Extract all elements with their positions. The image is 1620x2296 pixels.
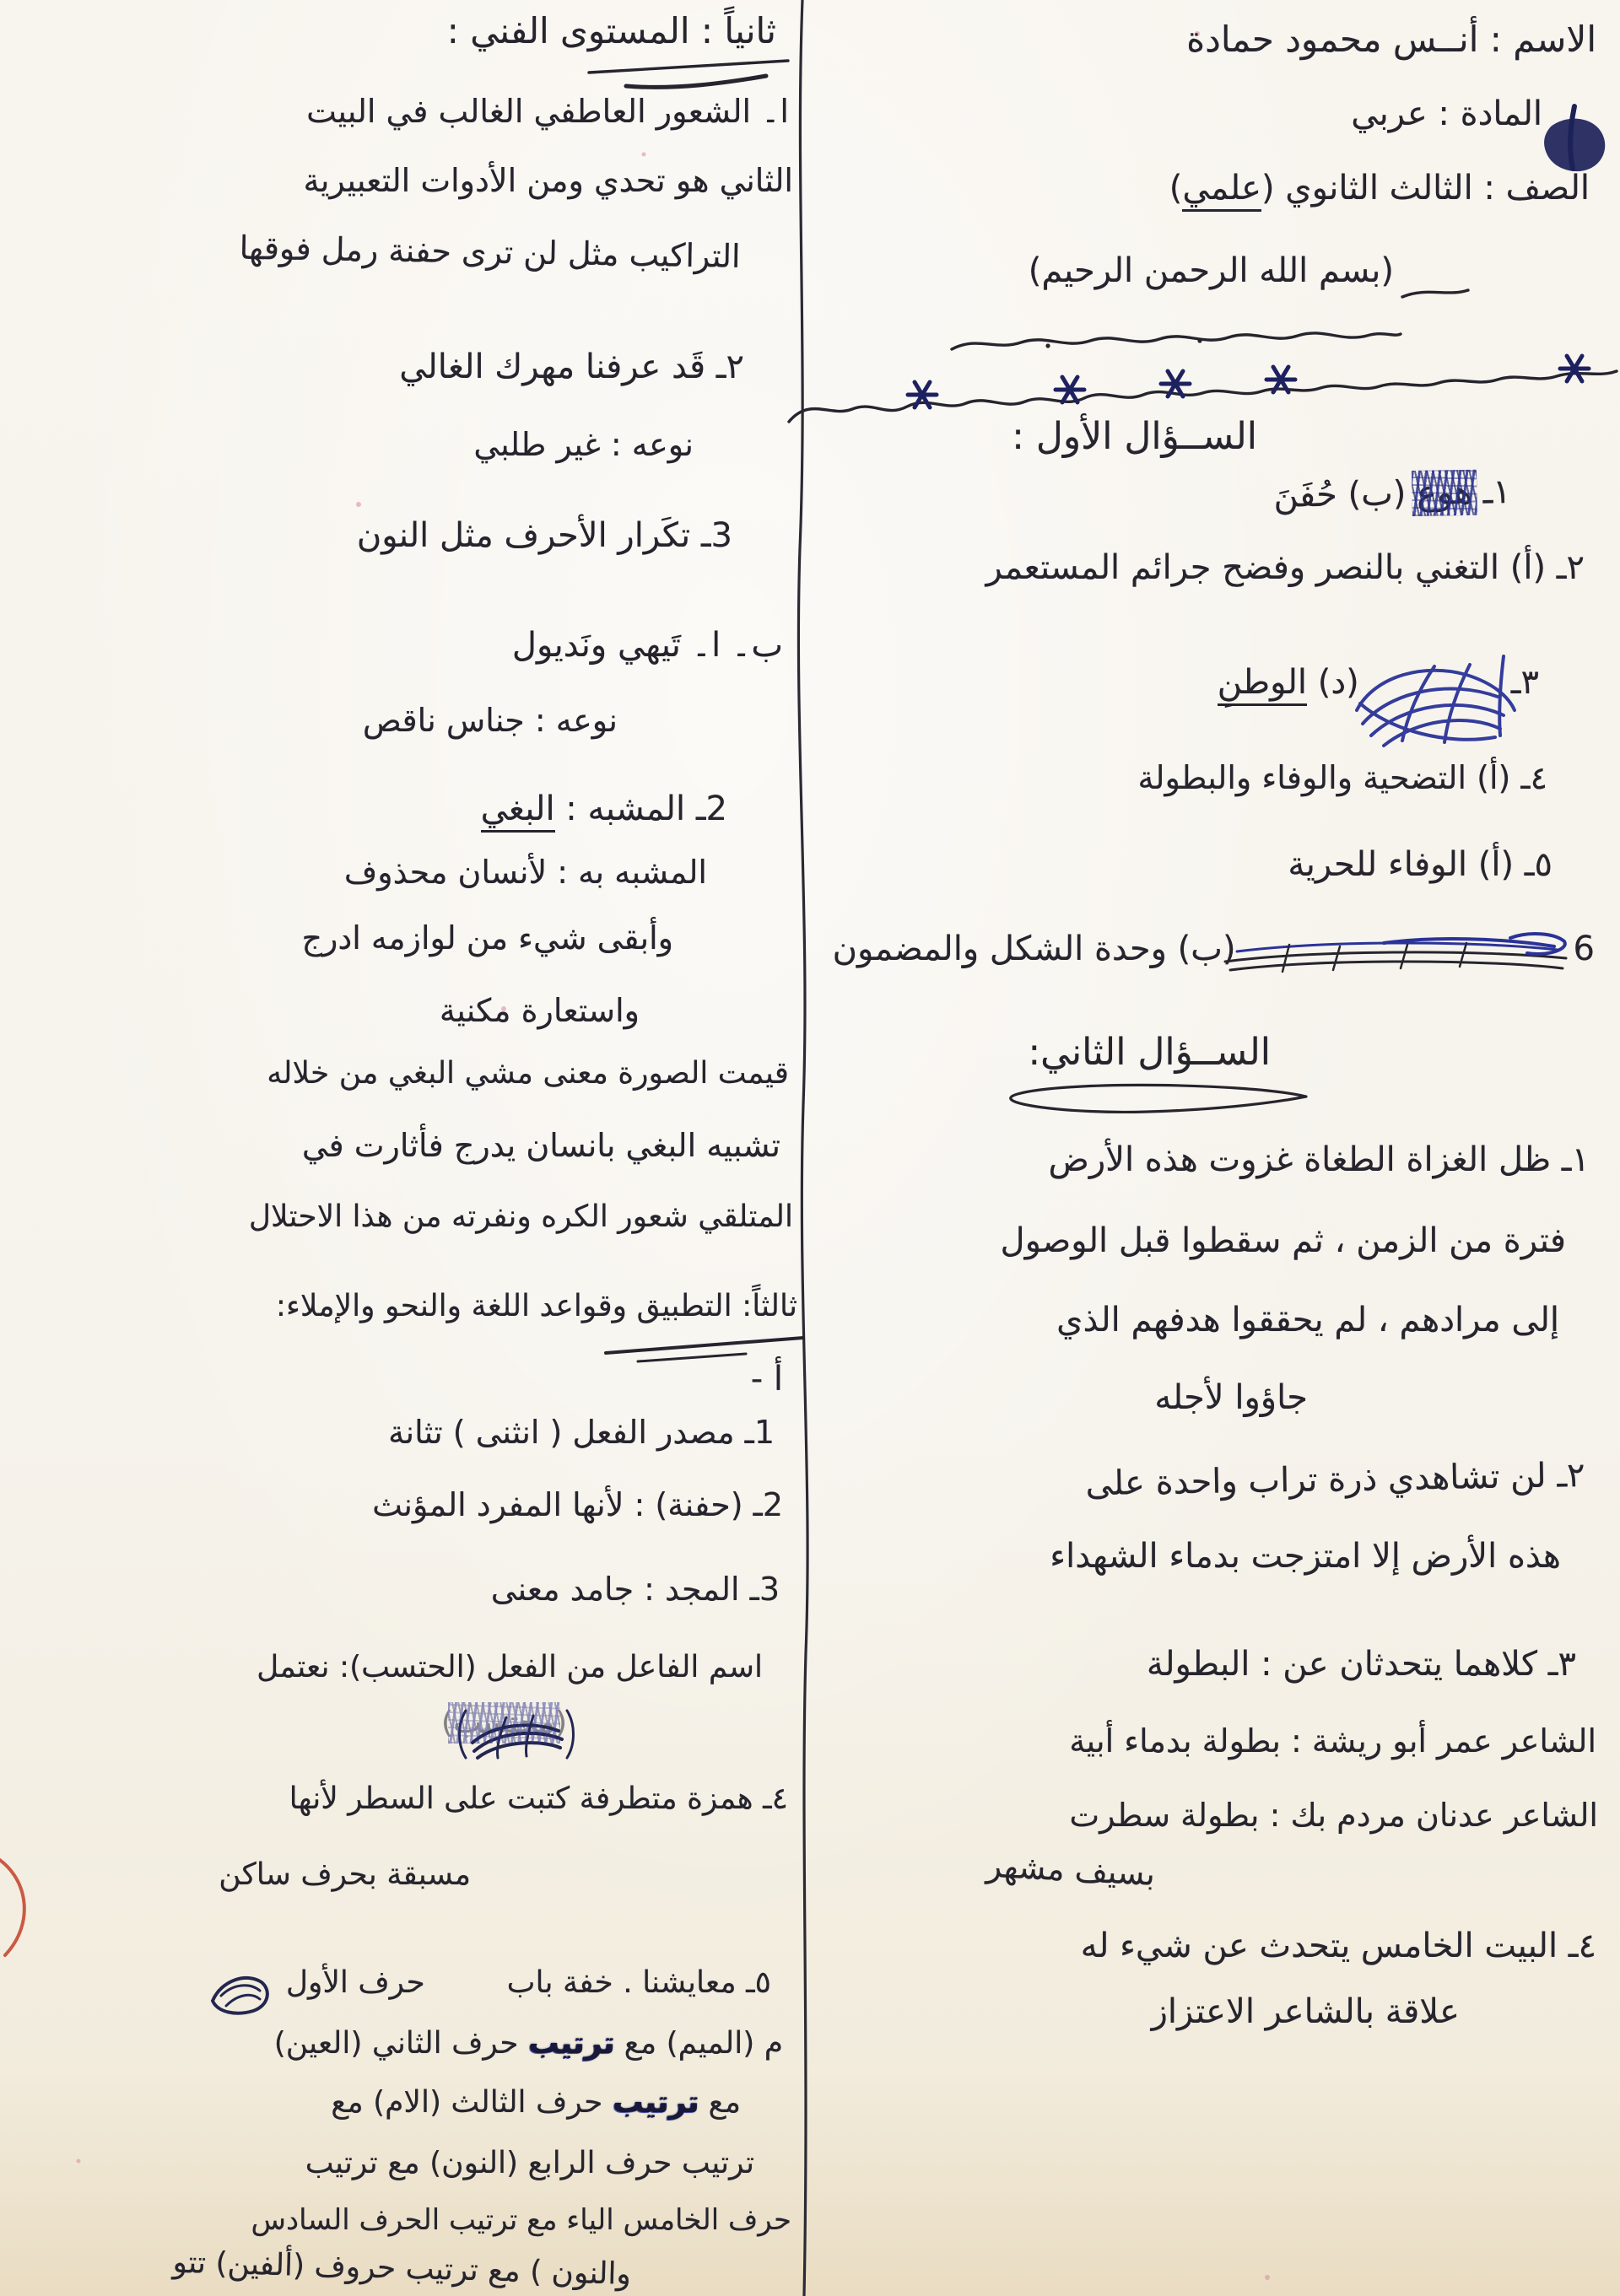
crossed-word: محتسب xyxy=(453,1706,555,1740)
q1-item3-underlined-word: الوطنِ xyxy=(1218,663,1307,706)
second-a-item2-type: نوعه : غير طلبي xyxy=(473,426,694,463)
second-b-item1: ب۔ ا۔ تَيهي ونَديول xyxy=(512,626,783,665)
grade-prefix: الصف : الثالث الثانوي ( xyxy=(1261,169,1590,208)
second-title-word: ثانياً xyxy=(724,10,776,51)
question1-title: الســؤال الأول : xyxy=(1012,415,1257,458)
third-item5-line2a: م (الميم) مع xyxy=(614,2026,783,2061)
q2-answer4-line2: علاقة بالشاعر الاعتزاز xyxy=(1152,1992,1460,2031)
q2-answer2-line2: هذه الأرض إلا امتزجت بدماء الشهداء xyxy=(1050,1537,1561,1576)
third-item4-line1: ٤ـ همزة متطرفة كتبت على السطر لأنها xyxy=(289,1781,788,1816)
q2-answer3-line4: بسيف مشهر xyxy=(985,1847,1156,1893)
star-divider-squiggle xyxy=(789,356,1617,422)
third-item5-line6: والنون ) مع ترتيب حروف (ألفين) تتو xyxy=(172,2245,631,2292)
second-b-item2-underlined: البغي xyxy=(481,790,555,833)
second-b-line3: وأبقى شيء من لوازمه ادرج xyxy=(301,919,673,957)
second-a-line3: التراكيب مثل لن ترى حفنة رمل فوقها xyxy=(239,229,741,275)
third-title-word: ثالثاً xyxy=(752,1289,797,1323)
overwritten-word: ترتيب xyxy=(528,2026,614,2061)
second-b-line7: المتلقي شعور الكره ونفرته من هذا الاحتلا… xyxy=(249,1199,793,1234)
third-item5-line1: ٥ـ معايشنا . خفة باب حرف الأول xyxy=(286,1965,771,2000)
q1-item-1: ١ـ هوع (ب) حُفَنَ xyxy=(1273,472,1511,515)
basmala-line: (بسم الله الرحمن الرحيم) xyxy=(1029,251,1394,290)
q2-answer3-line2: الشاعر عمر أبو ريشة : بطولة بدماء أبية xyxy=(1069,1722,1596,1760)
basmala-squiggle xyxy=(952,290,1468,349)
handwritten-exam-page: الاسم : أنــس محمود حمادة المادة : عربي … xyxy=(0,0,1620,2296)
third-item3: 3ـ المجد : جامد معنى xyxy=(491,1571,780,1608)
q2-answer1-line2: فترة من الزمن ، ثم سقطوا قبل الوصول xyxy=(1001,1221,1567,1260)
third-item5-line3a: مع xyxy=(699,2085,741,2120)
q2-answer3-line3: الشاعر عدنان مردم بك : بطولة سطرت xyxy=(1069,1797,1598,1834)
grade-track: علمي xyxy=(1182,169,1261,212)
third-item5-line3: مع ترتيب حرف الثالث (الام) مع xyxy=(331,2085,741,2120)
q2-answer1-line1: ١ـ ظل الغزاة الطغاة غزوت هذه الأرض xyxy=(1048,1140,1590,1179)
third-item5-line2b: حرف الثاني (العين) xyxy=(274,2026,528,2061)
q1-item-4: ٤ـ (أ) التضحية والوفاء والبطولة xyxy=(1138,759,1547,796)
grade-line: الصف : الثالث الثانوي (علمي) xyxy=(1169,169,1590,208)
question2-title: الســؤال الثاني: xyxy=(1028,1031,1271,1074)
second-title-rest: : المستوى الفني : xyxy=(447,10,725,51)
q2-answer4-line1: ٤ـ البيت الخامس يتحدث عن شيء له xyxy=(1081,1927,1596,1965)
q1-item6-answer: (ب) وحدة الشكل والمضمون xyxy=(833,930,1236,968)
name-line: الاسم : أنــس محمود حمادة xyxy=(1186,19,1596,60)
q2-answer2-line1: ٢ـ لن تشاهدي ذرة تراب واحدة على xyxy=(1085,1456,1585,1503)
third-item4-line2: مسبقة بحرف ساكن xyxy=(219,1857,471,1892)
second-a-item3: 3ـ تكَرار الأحرف مثل النون xyxy=(357,516,732,555)
third-item5-line2: م (الميم) مع ترتيب حرف الثاني (العين) xyxy=(274,2026,783,2061)
q2-answer3-line1: ٣ـ كلاهما يتحدثان عن : البطولة xyxy=(1147,1645,1576,1684)
q1-item3-number: ٣ـ xyxy=(1511,663,1539,702)
second-b-item2-text: 2ـ المشبه : xyxy=(555,790,727,828)
ink-blob-item5 xyxy=(213,1978,267,2013)
second-b-line5: قيمت الصورة معنى مشي البغي من خلاله xyxy=(267,1056,789,1091)
second-b-line2: المشبه به : لأنسان محذوف xyxy=(344,854,707,891)
third-item5-line1a: ٥ـ معايشنا . خفة باب xyxy=(497,1965,771,2000)
third-item3-crossed-word: (محتسب) xyxy=(441,1706,567,1740)
second-a-line1: ا۔ الشعور العاطفي الغالب في البيت xyxy=(306,93,789,130)
q2-answer1-line4: جاؤوا لأجله xyxy=(1154,1378,1308,1417)
third-item2: 2ـ (حفنة) : لأنها المفرد المؤنث xyxy=(372,1486,783,1523)
q1-item-6: 6(ب) وحدة الشكل والمضمون xyxy=(833,930,1595,968)
column-divider-line xyxy=(798,0,807,2296)
second-a-item2: ٢ـ قَد عرفنا مهرك الغالي xyxy=(399,348,744,386)
subject-line: المادة : عربي xyxy=(1351,94,1542,133)
grade-suffix: ) xyxy=(1169,169,1183,208)
q2-title-flourish xyxy=(1011,1085,1306,1112)
third-section-title: ثالثاً: التطبيق وقواعد اللغة والنحو والإ… xyxy=(276,1289,797,1323)
q1-item3-answer: (د) xyxy=(1307,663,1359,702)
third-title-rest: : التطبيق وقواعد اللغة والنحو والإملاء: xyxy=(276,1289,752,1323)
third-item5-line1b: حرف الأول xyxy=(286,1965,435,2000)
third-item3-line2: اسم الفاعل من الفعل (الحتسب): نعتمل xyxy=(256,1650,763,1684)
second-b-item2: 2ـ المشبه : البغي xyxy=(481,790,727,828)
third-item5-line3b: حرف الثالث (الام) مع xyxy=(331,2085,613,2120)
third-item5-line4: ترتيب حرف الرابع (النون) مع ترتيب xyxy=(305,2146,754,2180)
second-section-title: ثانياً : المستوى الفني : xyxy=(447,10,776,51)
second-title-underline xyxy=(589,61,788,87)
q1-item-3: ٣ـ(د) الوطنِ xyxy=(1218,663,1539,702)
red-edge-arc xyxy=(0,1856,24,1955)
q2-answer1-line3: إلى مرادهم ، لم يحققوا هدفهم الذي xyxy=(1056,1301,1559,1339)
q1-item1-answer: (ب) حُفَنَ xyxy=(1273,474,1417,515)
second-b-item1-type: نوعه : جناس ناقص xyxy=(363,702,618,739)
second-a-line2: الثاني هو تحدي ومن الأدوات التعبيرية xyxy=(303,162,793,199)
overwritten-word: ترتيب xyxy=(613,2085,699,2120)
third-item5-line5: حرف الخامس الياء مع ترتيب الحرف السادس xyxy=(251,2203,792,2237)
q1-item1-number: ١ـ xyxy=(1471,472,1511,512)
ink-blob-subject xyxy=(1544,106,1605,171)
third-item1: 1ـ مصدر الفعل ( انثنى ) تثانة xyxy=(388,1414,775,1451)
third-a-label: أ - xyxy=(751,1360,783,1399)
q1-item-5: ٥ـ (أ) الوفاء للحرية xyxy=(1288,845,1552,884)
second-b-line4: واستعارة مكنية xyxy=(440,992,640,1029)
q1-item6-number: 6 xyxy=(1574,930,1595,968)
third-title-underline xyxy=(606,1338,803,1361)
q1-item1-struck-word: هوع xyxy=(1416,473,1471,513)
second-b-line6: تشبيه البغي بانسان يدرج فأثارت في xyxy=(302,1127,780,1164)
q1-item-2: ٢ـ (أ) التغني بالنصر وفضح جرائم المستعمر xyxy=(985,548,1585,587)
